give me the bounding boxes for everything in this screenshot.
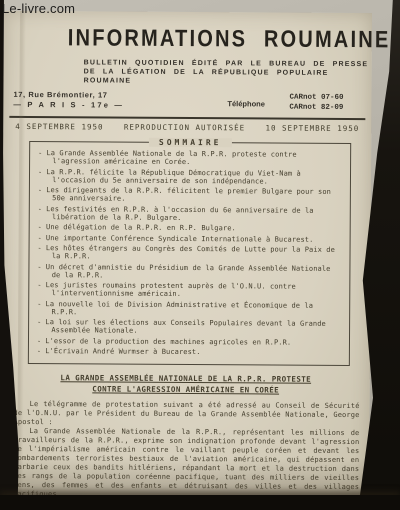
sommaire-item-text: Les festivités en R.P.R. à l'occasion du… xyxy=(46,205,342,223)
bullet-dash: - xyxy=(38,149,42,165)
article-body: Le télégramme de protestation suivant a … xyxy=(13,399,360,509)
dateline-row: 4 SEPTEMBRE 1950 REPRODUCTION AUTORISÉE … xyxy=(15,122,359,133)
bullet-dash: - xyxy=(37,281,41,297)
date-to: 10 SEPTEMBRE 1950 xyxy=(265,123,359,133)
address-phone-row: 17, Rue Brémontier, 17 — P A R I S - 17e… xyxy=(13,90,371,114)
bullet-dash: - xyxy=(37,300,41,316)
bullet-dash: - xyxy=(38,168,42,184)
sommaire-item-text: Une importante Conférence Syndicale Inte… xyxy=(46,234,314,244)
sommaire-item-text: L'essor de la production des machines ag… xyxy=(45,337,291,347)
sommaire-item-text: La loi sur les élections aux Conseils Po… xyxy=(45,318,341,336)
sommaire-title: SOMMAIRE xyxy=(149,138,232,148)
sommaire-box: SOMMAIRE - La Grande Assemblée Nationale… xyxy=(28,141,351,365)
phone-label: Téléphone xyxy=(227,99,265,108)
sommaire-item: - Les hôtes étrangers au Congrès des Com… xyxy=(37,244,341,262)
sommaire-item-text: Les juristes roumains protestent auprès … xyxy=(46,281,342,299)
photo-dark-edge-bottom xyxy=(0,495,400,510)
bullet-dash: - xyxy=(37,318,41,334)
subtitle-line-2: DE LA LÉGATION DE LA RÉPUBLIQUE POPULAIR… xyxy=(84,67,372,87)
masthead-title: INFORMATIONS ROUMAINES xyxy=(68,25,372,54)
sommaire-item: - Les festivités en R.P.R. à l'occasion … xyxy=(38,205,342,223)
sommaire-item: - La nouvelle loi de Division Administra… xyxy=(37,300,341,318)
headline-line-2: CONTRE L'AGRESSION AMÉRICAINE EN CORÉE xyxy=(92,384,279,394)
sommaire-item-text: L'Écrivain André Wurmser à Bucarest. xyxy=(45,347,200,356)
sommaire-item: - Un décret d'amnistie du Présidium de l… xyxy=(37,263,341,281)
sommaire-item: - L'essor de la production des machines … xyxy=(37,337,341,347)
sommaire-item: - Une importante Conférence Syndicale In… xyxy=(38,234,342,244)
sommaire-item: - La R.P.R. félicite la République Démoc… xyxy=(38,168,342,186)
bullet-dash: - xyxy=(37,337,41,345)
sommaire-item-text: Les dirigeants de la R.P.R. félicitent l… xyxy=(46,186,342,204)
sommaire-item: - Une délégation de la R.P.R. en R.P. Bu… xyxy=(38,223,342,233)
bullet-dash: - xyxy=(38,234,42,242)
article-headline: LA GRANDE ASSEMBLÉE NATIONALE DE LA R.P.… xyxy=(12,371,360,395)
seller-watermark: Le-livre.com xyxy=(2,1,75,16)
masthead-divider xyxy=(9,116,365,120)
sommaire-list: - La Grande Assemblée Nationale de la R.… xyxy=(37,149,342,357)
sommaire-item-text: Une délégation de la R.P.R. en R.P. Bulg… xyxy=(46,223,236,232)
article-paragraph: La Grande Assemblée Nationale de la R.P.… xyxy=(13,426,359,500)
sommaire-item: - Les juristes roumains protestent auprè… xyxy=(37,281,341,299)
phone-number-2: CARnot 82-09 xyxy=(289,103,343,113)
sommaire-item-text: Les hôtes étrangers au Congrès des Comit… xyxy=(46,244,342,262)
sommaire-item-text: La nouvelle loi de Division Administrati… xyxy=(45,300,341,318)
sommaire-item-text: La R.P.R. félicite la République Démocra… xyxy=(46,168,342,186)
bullet-dash: - xyxy=(38,205,42,221)
bullet-dash: - xyxy=(38,223,42,231)
phone-numbers: CARnot 07-60 CARnot 82-09 xyxy=(289,93,343,113)
sommaire-item: - La loi sur les élections aux Conseils … xyxy=(37,318,341,336)
bulletin-page: INFORMATIONS ROUMAINES BULLETIN QUOTIDIE… xyxy=(1,11,372,497)
bullet-dash: - xyxy=(37,263,41,279)
sommaire-item: - La Grande Assemblée Nationale de la R.… xyxy=(38,149,342,167)
phone-number-1: CARnot 07-60 xyxy=(289,93,343,103)
sommaire-item: - Les dirigeants de la R.P.R. félicitent… xyxy=(38,186,342,204)
photo-of-bulletin: { "watermark": "Le-livre.com", "colors":… xyxy=(0,0,400,510)
sommaire-item-text: Un décret d'amnistie du Présidium de la … xyxy=(46,263,342,281)
bullet-dash: - xyxy=(38,186,42,202)
headline-line-1: LA GRANDE ASSEMBLÉE NATIONALE DE LA R.P.… xyxy=(60,373,311,384)
article-paragraph: Le télégramme de protestation suivant a … xyxy=(13,399,359,428)
masthead-subtitle: BULLETIN QUOTIDIEN ÉDITÉ PAR LE BUREAU D… xyxy=(84,58,372,87)
sommaire-item: - L'Écrivain André Wurmser à Bucarest. xyxy=(37,347,341,357)
bullet-dash: - xyxy=(37,244,41,260)
reproduction-notice: REPRODUCTION AUTORISÉE xyxy=(124,123,245,133)
date-from: 4 SEPTEMBRE 1950 xyxy=(15,122,103,132)
bullet-dash: - xyxy=(37,347,41,355)
sommaire-item-text: La Grande Assemblée Nationale de la R.P.… xyxy=(46,149,342,167)
